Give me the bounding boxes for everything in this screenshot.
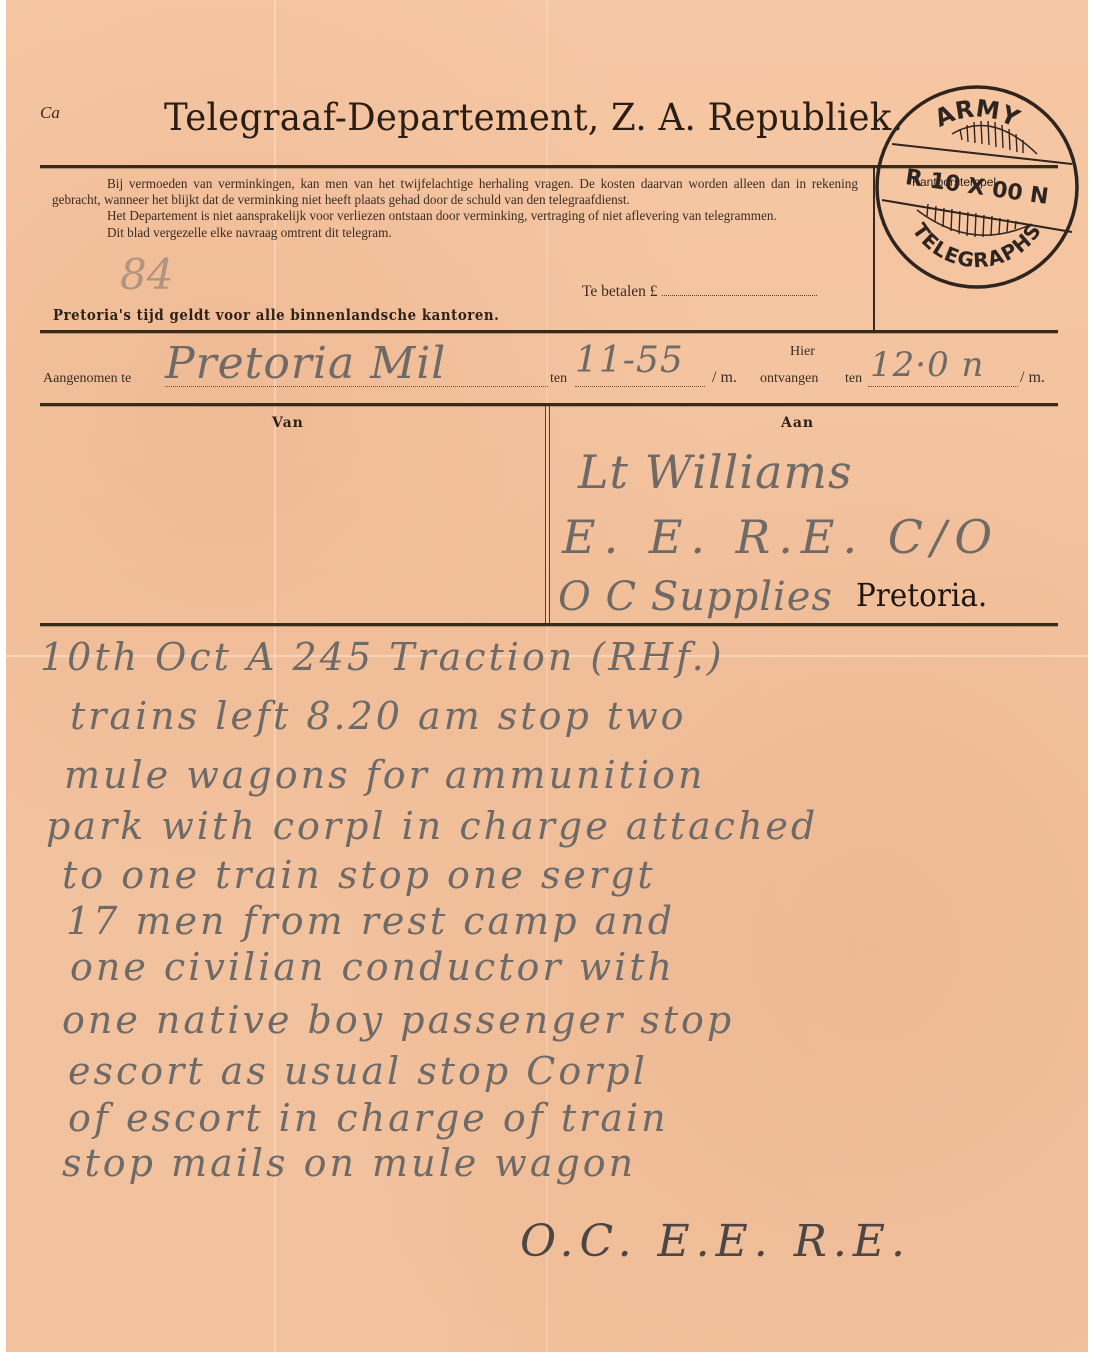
message-line: one civilian conductor with bbox=[70, 944, 675, 990]
from-heading: Van bbox=[272, 415, 304, 431]
column-divider bbox=[545, 406, 546, 623]
time-at-label: ten bbox=[550, 371, 567, 387]
to-pay-label: Te betalen £ bbox=[582, 283, 658, 300]
svg-text:TELEGRAPHS: TELEGRAPHS bbox=[908, 219, 1047, 273]
svg-text:ARMY: ARMY bbox=[930, 94, 1024, 133]
notice-paragraph: Dit blad vergezelle elke navraag omtrent… bbox=[52, 225, 858, 241]
notice-paragraph: Bij vermoeden van verminkingen, kan men … bbox=[52, 176, 858, 208]
pretoria-time-notice: Pretoria's tijd geldt voor alle binnenla… bbox=[53, 307, 499, 324]
notice-text: Bij vermoeden van verminkingen, kan men … bbox=[52, 176, 858, 241]
column-divider bbox=[549, 406, 550, 623]
message-line: escort as usual stop Corpl bbox=[68, 1048, 648, 1094]
message-line: to one train stop one sergt bbox=[62, 852, 656, 898]
divider-line bbox=[40, 330, 1058, 333]
to-heading: Aan bbox=[781, 415, 814, 431]
received-time-value: 12·0 n bbox=[870, 345, 984, 385]
minutes-label: / m. bbox=[712, 369, 737, 387]
to-pay-dotted-line bbox=[662, 285, 817, 296]
army-telegraphs-postmark-icon: ARMY TELEGRAPHS R 10 X 00 N bbox=[872, 82, 1082, 292]
stamp-bottom-text: TELEGRAPHS bbox=[908, 219, 1047, 273]
message-line: park with corpl in charge attached bbox=[46, 803, 818, 849]
message-line: one native boy passenger stop bbox=[62, 997, 734, 1043]
divider-line bbox=[40, 623, 1058, 626]
accepted-at-label: Aangenomen te bbox=[43, 371, 131, 387]
stamp-top-text: ARMY bbox=[930, 94, 1024, 133]
received-time-dotted-line bbox=[868, 386, 1018, 387]
message-line: 10th Oct A 245 Traction (RHf.) bbox=[40, 634, 725, 680]
pencil-mark: 84 bbox=[120, 250, 173, 299]
form-code: Ca bbox=[40, 103, 60, 123]
message-line: stop mails on mule wagon bbox=[62, 1140, 636, 1186]
printed-city: Pretoria. bbox=[856, 576, 987, 614]
signature: O.C. E.E. R.E. bbox=[520, 1216, 911, 1267]
accepted-at-value: Pretoria Mil bbox=[165, 338, 446, 389]
message-line: of escort in charge of train bbox=[68, 1095, 669, 1141]
accepted-time-dotted-line bbox=[575, 386, 705, 387]
recipient-line: Lt Williams bbox=[578, 445, 853, 499]
message-line: mule wagons for ammunition bbox=[64, 752, 705, 798]
received-at-label: ten bbox=[845, 371, 862, 387]
message-line: trains left 8.20 am stop two bbox=[70, 693, 687, 739]
stamp-date: R 10 X 00 N bbox=[904, 165, 1050, 210]
here-label: Hier bbox=[790, 344, 815, 360]
document-title: Telegraaf-Departement, Z. A. Republiek. bbox=[164, 96, 903, 139]
message-line: 17 men from rest camp and bbox=[66, 898, 675, 944]
minutes-label: / m. bbox=[1020, 369, 1045, 387]
accepted-time-value: 11-55 bbox=[575, 340, 684, 381]
to-pay-field: Te betalen £ bbox=[582, 283, 817, 301]
recipient-line: O C Supplies bbox=[558, 574, 833, 620]
received-label: ontvangen bbox=[760, 371, 818, 387]
recipient-line: E. E. R.E. C/O bbox=[562, 510, 1000, 564]
notice-paragraph: Het Departement is niet aansprakelijk vo… bbox=[52, 208, 858, 224]
